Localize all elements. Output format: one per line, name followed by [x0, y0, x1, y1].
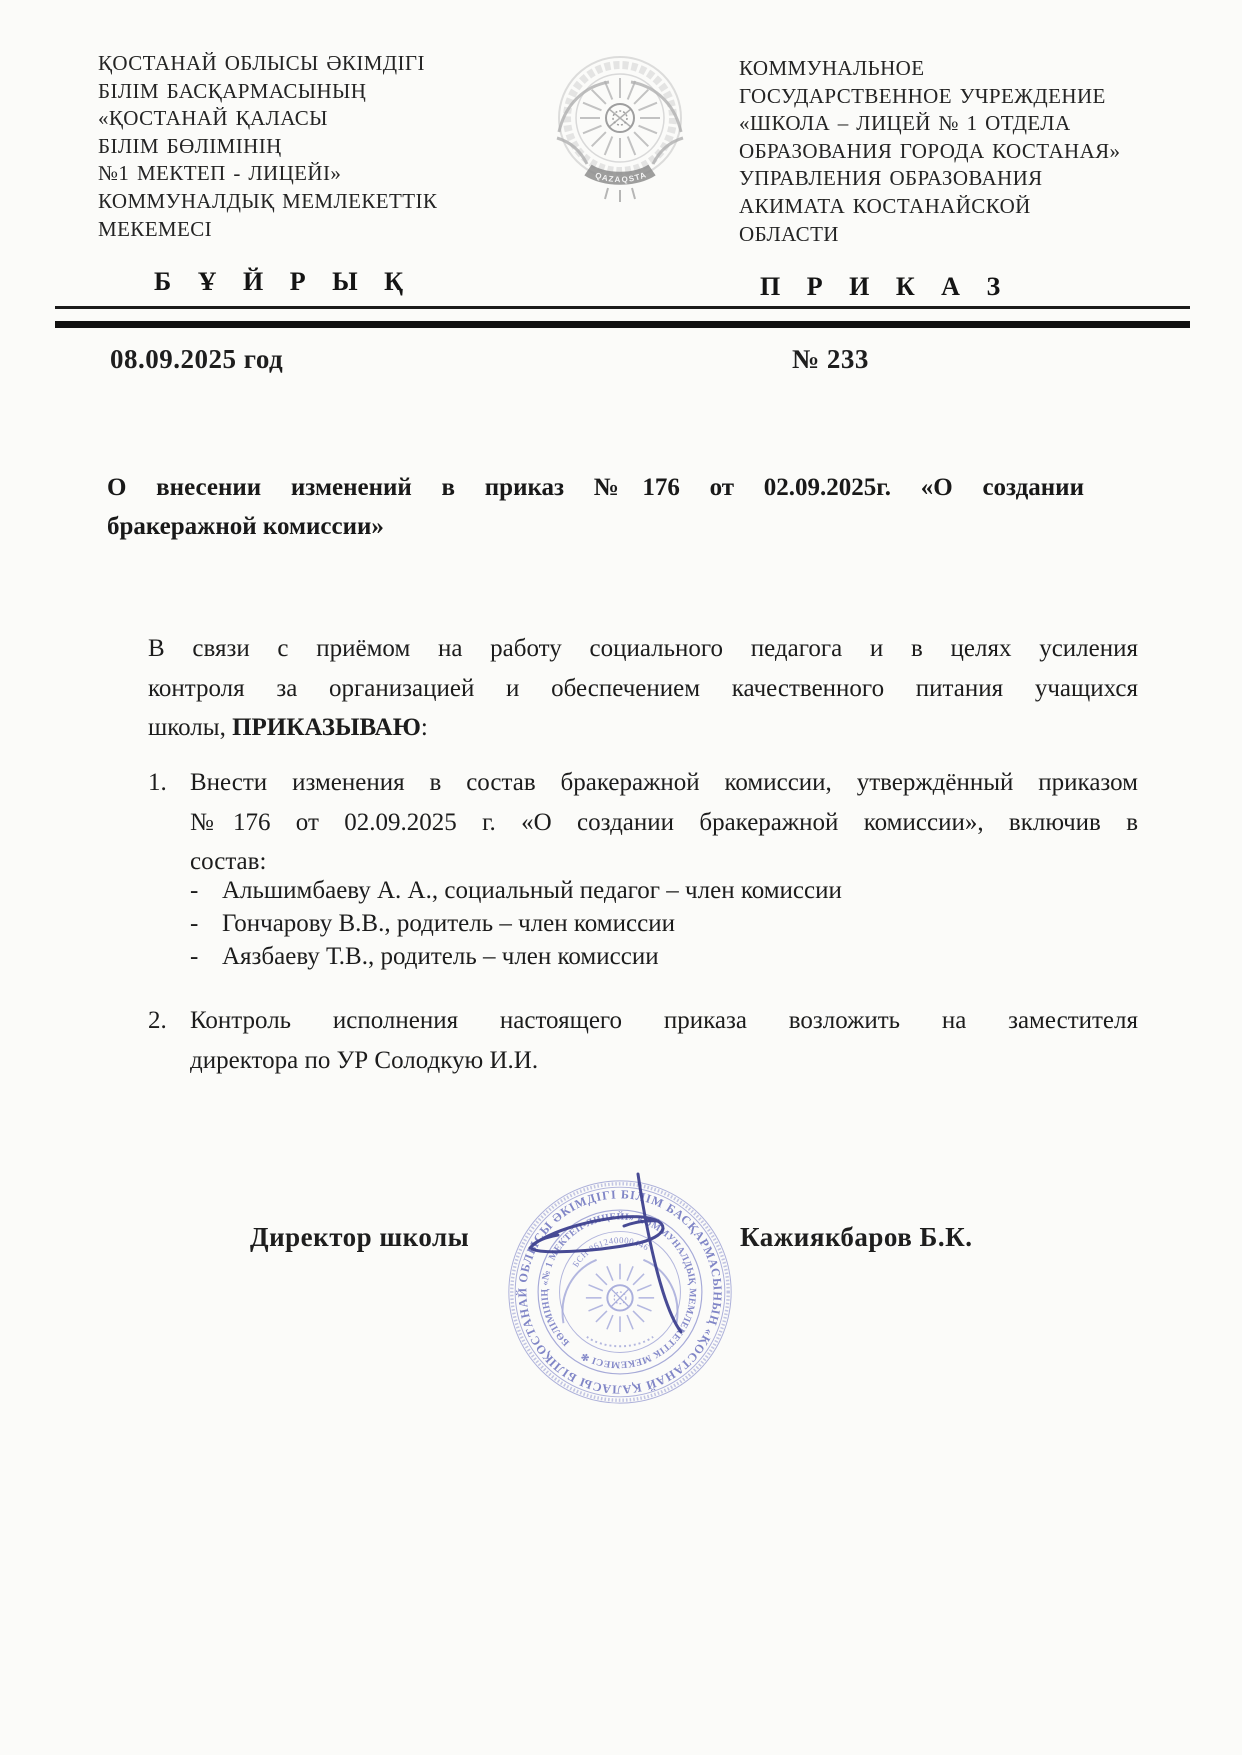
header-line: ОБРАЗОВАНИЯ ГОРОДА КОСТАНАЯ»	[739, 138, 1159, 166]
header-line: БІЛІМ БАСҚАРМАСЫНЫҢ	[98, 78, 498, 106]
order-item-2: 2. Контроль исполнения настоящего приказ…	[148, 1001, 1138, 1080]
list-item: - Аязбаеву Т.В., родитель – член комисси…	[190, 940, 1138, 973]
header-line: КОММУНАЛЬНОЕ	[739, 55, 1159, 83]
header-line: МЕКЕМЕСІ	[98, 216, 498, 244]
kazakhstan-state-emblem-icon: QAZAQSTAN	[546, 46, 694, 210]
header-line: «ШКОЛА – ЛИЦЕЙ № 1 ОТДЕЛА	[739, 110, 1159, 138]
header-line: АКИМАТА КОСТАНАЙСКОЙ	[739, 193, 1159, 221]
document-page: ҚОСТАНАЙ ОБЛЫСЫ ӘКІМДІГІ БІЛІМ БАСҚАРМАС…	[0, 0, 1242, 1755]
signer-role: Директор школы	[250, 1222, 469, 1253]
header-line: УПРАВЛЕНИЯ ОБРАЗОВАНИЯ	[739, 165, 1159, 193]
header-line: №1 МЕКТЕП - ЛИЦЕЙІ»	[98, 160, 498, 188]
signer-name: Кажиякбаров Б.К.	[740, 1222, 972, 1253]
intro-line: школы, ПРИКАЗЫВАЮ:	[148, 708, 1138, 748]
intro-paragraph: В связи с приёмом на работу социального …	[148, 629, 1138, 748]
order-title-kazakh: Б Ұ Й Р Ы Қ	[98, 268, 498, 296]
subitem-text: Альшимбаеву А. А., социальный педагог – …	[222, 874, 842, 907]
header-line: ОБЛАСТИ	[739, 221, 1159, 249]
header-right-column: КОММУНАЛЬНОЕ ГОСУДАРСТВЕННОЕ УЧРЕЖДЕНИЕ …	[739, 55, 1159, 301]
item-line: Контроль исполнения настоящего приказа в…	[190, 1001, 1138, 1041]
header-line: БІЛІМ БӨЛІМІНІҢ	[98, 133, 498, 161]
header-line: «ҚОСТАНАЙ ҚАЛАСЫ	[98, 105, 498, 133]
list-item: - Гончарову В.В., родитель – член комисс…	[190, 907, 1138, 940]
dash-marker: -	[190, 907, 222, 940]
header-line: ҚОСТАНАЙ ОБЛЫСЫ ӘКІМДІГІ	[98, 50, 498, 78]
order-item-1: 1. Внести изменения в состав бракеражной…	[148, 763, 1138, 973]
list-item: - Альшимбаеву А. А., социальный педагог …	[190, 874, 1138, 907]
header-left-column: ҚОСТАНАЙ ОБЛЫСЫ ӘКІМДІГІ БІЛІМ БАСҚАРМАС…	[98, 50, 498, 296]
header-divider-rule	[55, 306, 1190, 328]
item-line: №176 от 02.09.2025 г. «О создании бракер…	[190, 803, 1138, 843]
intro-line: контроля за организацией и обеспечением …	[148, 669, 1138, 709]
item-number: 1.	[148, 763, 167, 803]
intro-line: В связи с приёмом на работу социального …	[148, 629, 1138, 669]
order-subject: О внесении изменений в приказ №176 от 02…	[107, 468, 1084, 546]
prikazyvayu-keyword: ПРИКАЗЫВАЮ	[232, 714, 421, 741]
subitem-text: Гончарову В.В., родитель – член комиссии	[222, 907, 675, 940]
item-number: 2.	[148, 1001, 167, 1041]
subject-line: О внесении изменений в приказ №176 от 02…	[107, 468, 1084, 507]
dash-marker: -	[190, 874, 222, 907]
item-line: Внести изменения в состав бракеражной ко…	[190, 763, 1138, 803]
subitem-text: Аязбаеву Т.В., родитель – член комиссии	[222, 940, 659, 973]
header-line: КОММУНАЛДЫҚ МЕМЛЕКЕТТІК	[98, 188, 498, 216]
dash-marker: -	[190, 940, 222, 973]
order-title-russian: П Р И К А З	[739, 273, 1159, 301]
subject-line: бракеражной комиссии»	[107, 507, 1084, 546]
item-line: директора по УР Солодкую И.И.	[190, 1041, 1138, 1081]
commission-members-list: - Альшимбаеву А. А., социальный педагог …	[190, 874, 1138, 973]
order-number: № 233	[792, 344, 869, 375]
order-date: 08.09.2025 год	[110, 344, 283, 375]
handwritten-signature-icon	[512, 1166, 727, 1346]
header-line: ГОСУДАРСТВЕННОЕ УЧРЕЖДЕНИЕ	[739, 83, 1159, 111]
